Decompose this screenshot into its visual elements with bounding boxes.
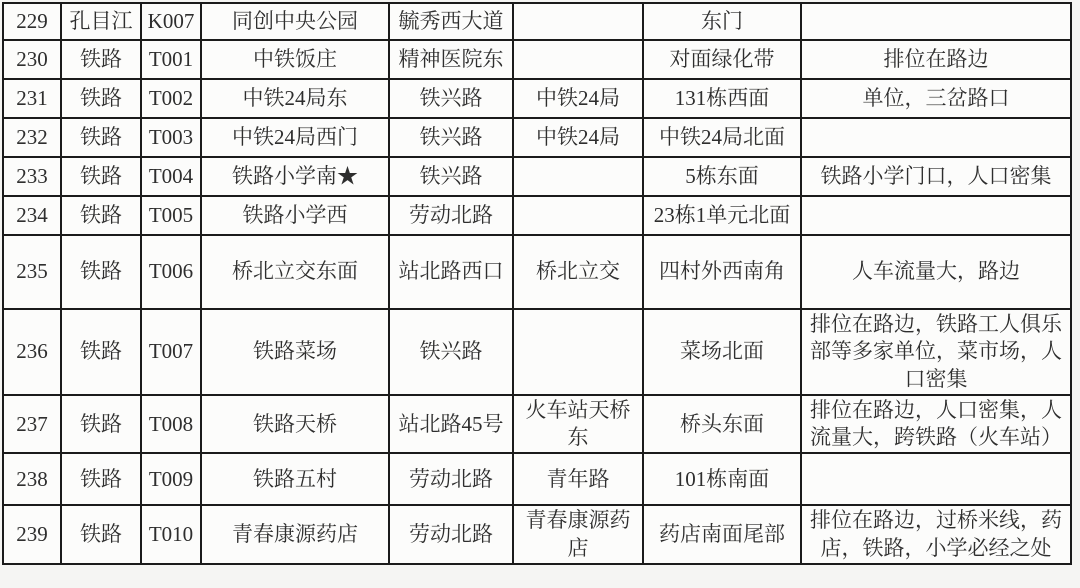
table-row: 235铁路T006桥北立交东面站北路西口桥北立交四村外西南角人车流量大，路边	[3, 235, 1071, 309]
remark-cell: 排位在路边，过桥米线，药店，铁路，小学必经之处	[801, 505, 1071, 564]
area-cell: 铁路	[61, 309, 141, 395]
position-cell: 131栋西面	[643, 79, 801, 118]
position-cell: 桥头东面	[643, 395, 801, 454]
landmark-cell: 青年路	[513, 453, 643, 505]
remark-cell: 排位在路边，铁路工人俱乐部等多家单位，菜市场，人口密集	[801, 309, 1071, 395]
code-cell: T007	[141, 309, 201, 395]
area-cell: 铁路	[61, 40, 141, 79]
area-cell: 孔目江	[61, 3, 141, 40]
area-cell: 铁路	[61, 157, 141, 196]
landmark-cell: 青春康源药店	[513, 505, 643, 564]
stop-name-cell: 中铁24局东	[201, 79, 389, 118]
code-cell: T006	[141, 235, 201, 309]
landmark-cell: 中铁24局	[513, 118, 643, 157]
code-cell: T008	[141, 395, 201, 454]
row-number-cell: 236	[3, 309, 61, 395]
table-body: 229孔目江K007同创中央公园毓秀西大道东门230铁路T001中铁饭庄精神医院…	[3, 3, 1071, 564]
landmark-cell	[513, 157, 643, 196]
road-cell: 铁兴路	[389, 79, 513, 118]
position-cell: 药店南面尾部	[643, 505, 801, 564]
landmark-cell	[513, 40, 643, 79]
stop-name-cell: 桥北立交东面	[201, 235, 389, 309]
area-cell: 铁路	[61, 196, 141, 235]
area-cell: 铁路	[61, 453, 141, 505]
row-number-cell: 233	[3, 157, 61, 196]
remark-cell: 单位，三岔路口	[801, 79, 1071, 118]
stop-name-cell: 青春康源药店	[201, 505, 389, 564]
code-cell: K007	[141, 3, 201, 40]
row-number-cell: 239	[3, 505, 61, 564]
landmark-cell: 中铁24局	[513, 79, 643, 118]
position-cell: 23栋1单元北面	[643, 196, 801, 235]
table-row: 239铁路T010青春康源药店劳动北路青春康源药店药店南面尾部排位在路边，过桥米…	[3, 505, 1071, 564]
road-cell: 铁兴路	[389, 118, 513, 157]
area-cell: 铁路	[61, 79, 141, 118]
code-cell: T001	[141, 40, 201, 79]
table-row: 236铁路T007铁路菜场铁兴路菜场北面排位在路边，铁路工人俱乐部等多家单位，菜…	[3, 309, 1071, 395]
table-row: 230铁路T001中铁饭庄精神医院东对面绿化带排位在路边	[3, 40, 1071, 79]
position-cell: 5栋东面	[643, 157, 801, 196]
area-cell: 铁路	[61, 235, 141, 309]
code-cell: T003	[141, 118, 201, 157]
position-cell: 101栋南面	[643, 453, 801, 505]
table-row: 233铁路T004铁路小学南★铁兴路5栋东面铁路小学门口，人口密集	[3, 157, 1071, 196]
row-number-cell: 229	[3, 3, 61, 40]
remark-cell: 排位在路边，人口密集，人流量大，跨铁路（火车站）	[801, 395, 1071, 454]
road-cell: 精神医院东	[389, 40, 513, 79]
landmark-cell: 桥北立交	[513, 235, 643, 309]
code-cell: T005	[141, 196, 201, 235]
position-cell: 四村外西南角	[643, 235, 801, 309]
area-cell: 铁路	[61, 505, 141, 564]
row-number-cell: 237	[3, 395, 61, 454]
stop-name-cell: 同创中央公园	[201, 3, 389, 40]
position-cell: 对面绿化带	[643, 40, 801, 79]
road-cell: 劳动北路	[389, 196, 513, 235]
landmark-cell	[513, 309, 643, 395]
row-number-cell: 232	[3, 118, 61, 157]
remark-cell	[801, 453, 1071, 505]
area-cell: 铁路	[61, 118, 141, 157]
road-cell: 劳动北路	[389, 453, 513, 505]
stop-name-cell: 铁路小学西	[201, 196, 389, 235]
code-cell: T010	[141, 505, 201, 564]
remark-cell	[801, 196, 1071, 235]
row-number-cell: 238	[3, 453, 61, 505]
stop-name-cell: 中铁24局西门	[201, 118, 389, 157]
road-cell: 铁兴路	[389, 309, 513, 395]
landmark-cell: 火车站天桥东	[513, 395, 643, 454]
road-cell: 站北路45号	[389, 395, 513, 454]
area-cell: 铁路	[61, 395, 141, 454]
remark-cell	[801, 3, 1071, 40]
table-row: 237铁路T008铁路天桥站北路45号火车站天桥东桥头东面排位在路边，人口密集，…	[3, 395, 1071, 454]
table-row: 232铁路T003中铁24局西门铁兴路中铁24局中铁24局北面	[3, 118, 1071, 157]
row-number-cell: 230	[3, 40, 61, 79]
row-number-cell: 234	[3, 196, 61, 235]
stop-list-table: 229孔目江K007同创中央公园毓秀西大道东门230铁路T001中铁饭庄精神医院…	[2, 2, 1072, 565]
stop-name-cell: 铁路小学南★	[201, 157, 389, 196]
position-cell: 中铁24局北面	[643, 118, 801, 157]
position-cell: 菜场北面	[643, 309, 801, 395]
landmark-cell	[513, 196, 643, 235]
stop-name-cell: 铁路天桥	[201, 395, 389, 454]
remark-cell: 人车流量大，路边	[801, 235, 1071, 309]
table-row: 234铁路T005铁路小学西劳动北路23栋1单元北面	[3, 196, 1071, 235]
stop-name-cell: 铁路菜场	[201, 309, 389, 395]
row-number-cell: 231	[3, 79, 61, 118]
row-number-cell: 235	[3, 235, 61, 309]
landmark-cell	[513, 3, 643, 40]
table-row: 229孔目江K007同创中央公园毓秀西大道东门	[3, 3, 1071, 40]
stop-name-cell: 中铁饭庄	[201, 40, 389, 79]
table-row: 238铁路T009铁路五村劳动北路青年路101栋南面	[3, 453, 1071, 505]
code-cell: T004	[141, 157, 201, 196]
road-cell: 铁兴路	[389, 157, 513, 196]
code-cell: T002	[141, 79, 201, 118]
road-cell: 劳动北路	[389, 505, 513, 564]
remark-cell	[801, 118, 1071, 157]
code-cell: T009	[141, 453, 201, 505]
remark-cell: 排位在路边	[801, 40, 1071, 79]
remark-cell: 铁路小学门口，人口密集	[801, 157, 1071, 196]
position-cell: 东门	[643, 3, 801, 40]
table-row: 231铁路T002中铁24局东铁兴路中铁24局131栋西面单位，三岔路口	[3, 79, 1071, 118]
stop-name-cell: 铁路五村	[201, 453, 389, 505]
document-page: 229孔目江K007同创中央公园毓秀西大道东门230铁路T001中铁饭庄精神医院…	[0, 0, 1080, 588]
road-cell: 毓秀西大道	[389, 3, 513, 40]
road-cell: 站北路西口	[389, 235, 513, 309]
